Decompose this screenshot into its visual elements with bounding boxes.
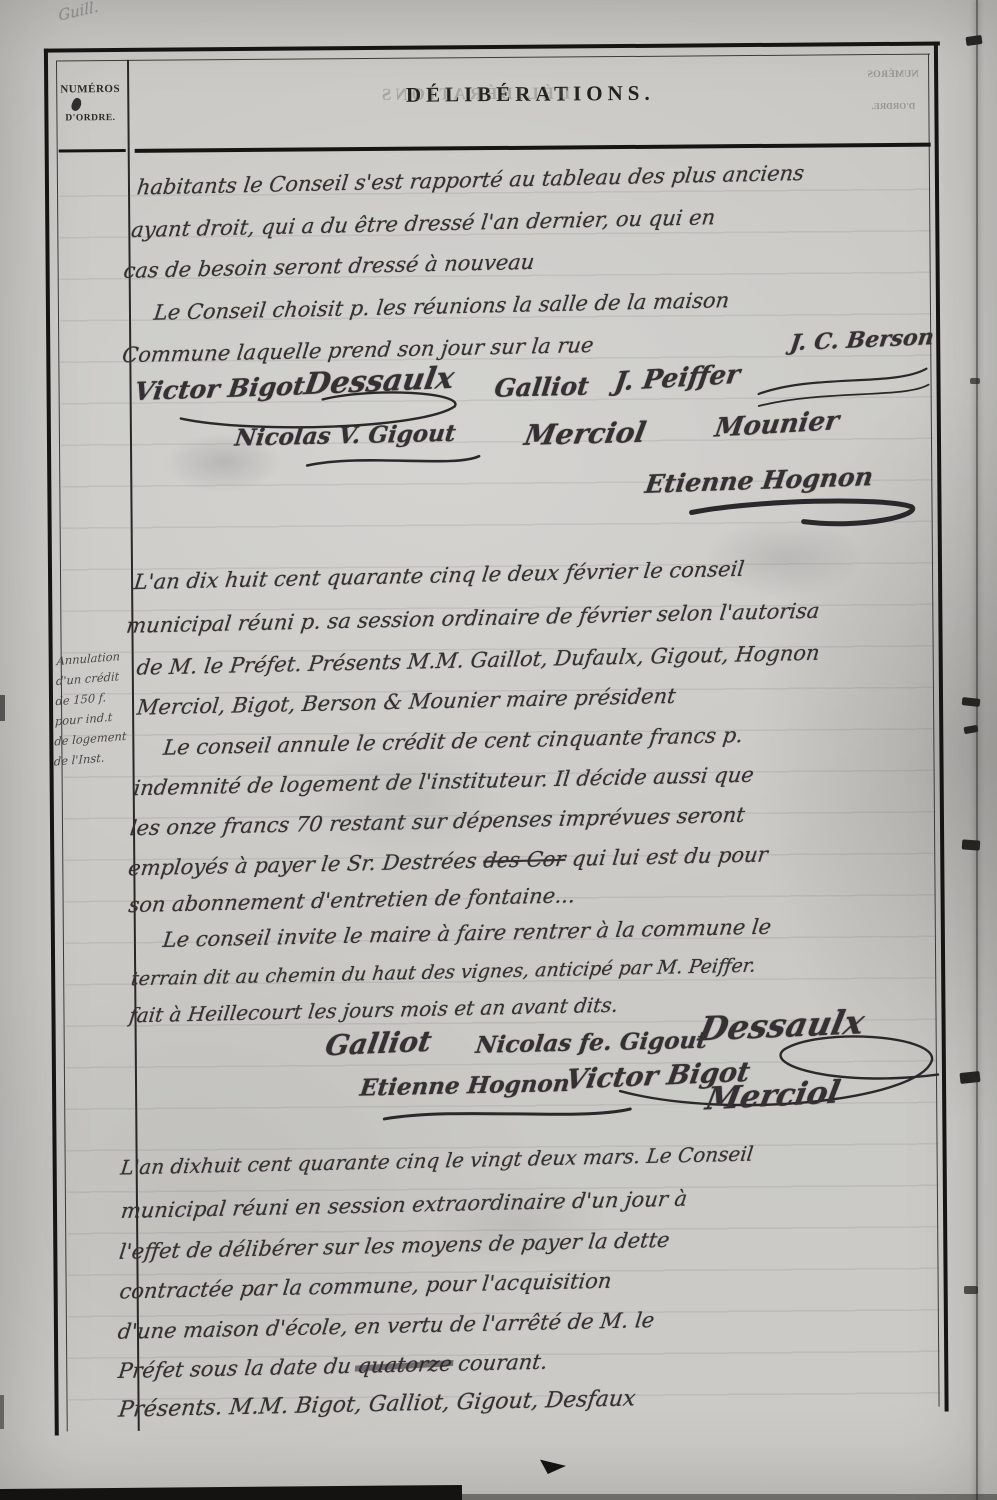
- manuscript-line: son abonnement d'entretien de fontaine..…: [127, 883, 576, 917]
- scanned-register-page: Guill. NUMÉROS D'ORDRE. DÉLIBÉRATIONS. D…: [0, 0, 997, 1500]
- binding-stitch: [959, 1071, 980, 1084]
- signature-nicolas-gigout-2: Nicolas fe. Gigout: [474, 1027, 709, 1059]
- left-edge-mark: [0, 695, 5, 721]
- manuscript-line: Le conseil invite le maire à faire rentr…: [162, 915, 773, 952]
- bleedthrough-numeros-mirrored: NUMÉROS: [848, 69, 938, 81]
- binding-stitch: [970, 378, 980, 384]
- line-pre: employés à payer le Sr. Destrées: [127, 849, 485, 881]
- bottom-edge-shadow: [0, 1494, 997, 1500]
- manuscript-line: L'an dix huit cent quarante cinq le deux…: [133, 557, 746, 594]
- header-rule-left-cell: [59, 149, 126, 153]
- signature-berson: J. C. Berson: [789, 324, 936, 356]
- manuscript-line: cas de besoin seront dressé à nouveau: [122, 250, 536, 283]
- line-pre: Préfet sous la date du: [117, 1354, 359, 1383]
- overwritten-word: quatorze: [356, 1352, 453, 1378]
- manuscript-line: fait à Heillecourt les jours mois et an …: [128, 993, 619, 1028]
- binding-fold-line: [976, 0, 978, 1500]
- signature-merciol-2: Merciol: [703, 1074, 843, 1117]
- manuscript-line: Commune laquelle prend son jour sur la r…: [121, 333, 595, 367]
- manuscript-line-with-overwrite: Préfet sous la date du quatorze courant.: [117, 1350, 549, 1383]
- signature-galliot-2: Galliot: [323, 1025, 434, 1063]
- signature-peiffer: J. Peiffer: [612, 360, 742, 398]
- etienne-hognon-2-flourish: [378, 1099, 638, 1135]
- manuscript-line: L'an dixhuit cent quarante cinq le vingt…: [119, 1142, 754, 1180]
- manuscript-line: ayant droit, qui a du être dressé l'an d…: [130, 205, 717, 242]
- signature-mounier: Mounier: [713, 406, 841, 444]
- bleedthrough-title-mirrored: DÉLIBÉRATIONS: [340, 83, 570, 105]
- signature-etienne-hognon: Etienne Hognon: [643, 462, 875, 499]
- column-header-numeros: NUMÉROS: [52, 83, 128, 96]
- header-rule-main: [135, 143, 931, 153]
- line-post: courant.: [450, 1350, 549, 1376]
- frame-top-thin: [56, 54, 930, 62]
- signature-dessaulx: Dessaulx: [302, 361, 457, 403]
- manuscript-line: Le conseil annule le crédit de cent cinq…: [162, 723, 744, 760]
- signature-etienne-hognon-2: Etienne Hognon: [358, 1070, 571, 1102]
- manuscript-line: Présents. M.M. Bigot, Galliot, Gigout, D…: [117, 1386, 637, 1422]
- struck-word: des Cor: [482, 847, 567, 873]
- manuscript-line: terrain dit au chemin du haut des vignes…: [130, 955, 757, 991]
- signature-merciol: Merciol: [522, 416, 649, 452]
- line-post: qui lui est du pour: [564, 842, 769, 870]
- manuscript-line: municipal réuni en session extraordinair…: [120, 1187, 689, 1223]
- manuscript-line: Merciol, Bigot, Berson & Mounier maire p…: [136, 684, 677, 720]
- show-through-stain: [305, 740, 506, 862]
- peiffer-flourish: [754, 363, 934, 414]
- manuscript-line: de M. le Préfet. Présents M.M. Gaillot, …: [135, 641, 821, 680]
- manuscript-line: d'une maison d'école, en vertu de l'arrê…: [117, 1308, 656, 1344]
- signature-galliot: Galliot: [493, 372, 591, 403]
- bleedthrough-dordre-mirrored: D'ORDRE.: [848, 101, 938, 112]
- manuscript-line: habitants le Conseil s'est rapporté au t…: [136, 161, 806, 200]
- signature-nicolas-gigout: Nicolas V. Gigout: [233, 420, 457, 452]
- margin-annotation: Annulation d'un crédit de 150 f. pour in…: [54, 645, 137, 772]
- manuscript-line: municipal réuni p. sa session ordinaire …: [125, 599, 821, 638]
- binding-stitch: [964, 1286, 978, 1294]
- manuscript-line: contractée par la commune, pour l'acquis…: [118, 1269, 613, 1304]
- signature-dessaulx-2: Dessaulx: [696, 1002, 868, 1048]
- binding-stitch: [962, 839, 981, 850]
- nicolas-gigout-flourish: [303, 448, 483, 479]
- manuscript-line: indemnité de logement de l'instituteur. …: [132, 763, 755, 801]
- column-header-dordre: D'ORDRE.: [52, 113, 128, 124]
- left-edge-mark: [0, 1395, 4, 1429]
- frame-top-thick: [44, 42, 940, 53]
- manuscript-line: Le Conseil choisit p. les réunions la sa…: [153, 288, 731, 325]
- etienne-hognon-flourish: [683, 495, 923, 541]
- manuscript-line: les onze francs 70 restant sur dépenses …: [129, 803, 747, 840]
- signature-victor-bigot: Victor Bigot: [133, 371, 307, 406]
- manuscript-line: l'effet de délibérer sur les moyens de p…: [118, 1228, 671, 1264]
- manuscript-line-with-strikethrough: employés à payer le Sr. Destrées des Cor…: [127, 842, 769, 880]
